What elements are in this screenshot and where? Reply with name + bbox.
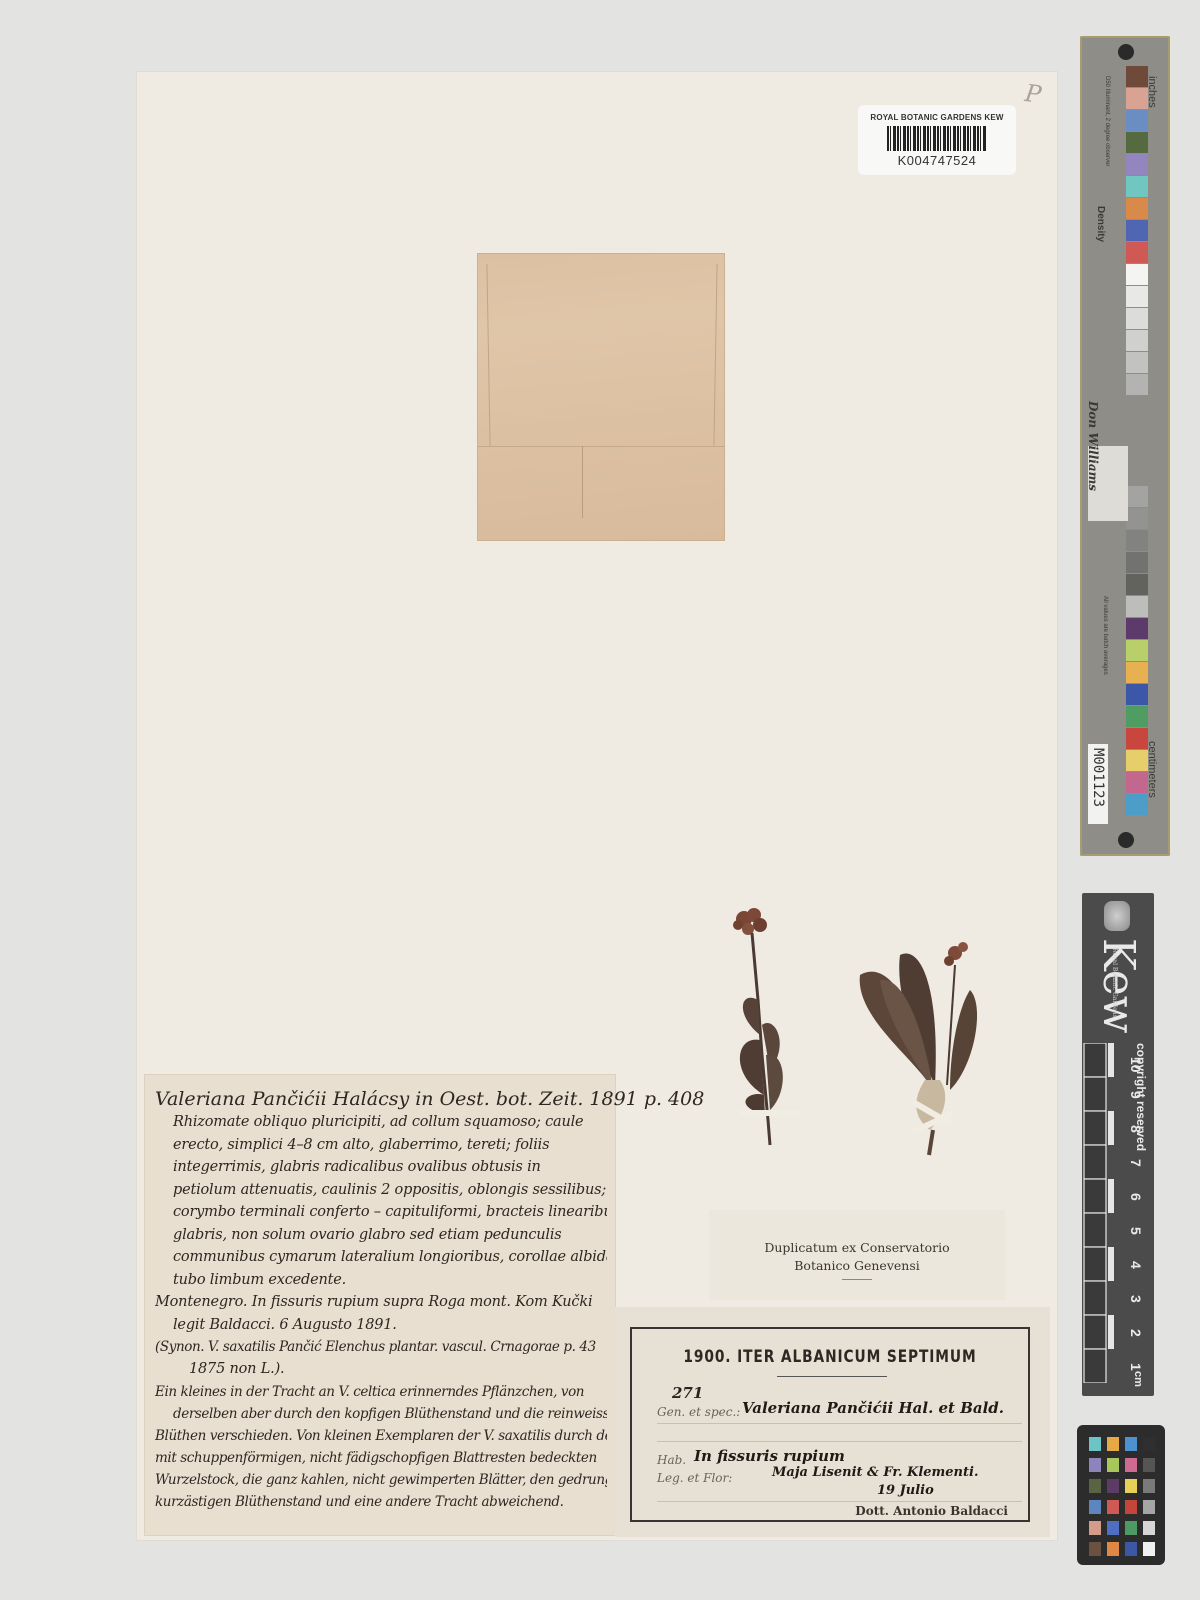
institution-name: ROYAL BOTANIC GARDENS KEW [858, 113, 1016, 122]
color-patch [1126, 176, 1148, 197]
color-patch [1126, 794, 1148, 815]
note-line: Ein kleines in der Tracht an V. celtica … [155, 1381, 607, 1403]
color-patch [1126, 728, 1148, 749]
color-patch [1126, 330, 1148, 351]
collection-label: 1900. ITER ALBANICUM SEPTIMUM 271 Gen. e… [615, 1307, 1050, 1537]
color-patch [1126, 88, 1148, 109]
color-swatch [1089, 1479, 1101, 1493]
duplicate-label-line: Botanico Genevensi [709, 1258, 1005, 1273]
taxon-title: Valeriana Pančićii Halácsy in Oest. bot.… [155, 1087, 607, 1111]
expedition-header: 1900. ITER ALBANICUM SEPTIMUM [652, 1347, 1008, 1367]
duplicate-label: Duplicatum ex Conservatorio Botanico Gen… [709, 1210, 1005, 1300]
handwritten-determination-label: Valeriana Pančićii Halácsy in Oest. bot.… [145, 1075, 615, 1535]
color-swatch [1089, 1458, 1101, 1472]
color-patch [1126, 154, 1148, 175]
synonym-line: 1875 non L.). [155, 1358, 607, 1381]
units-top: inches [1146, 76, 1158, 108]
ruler-number: 1 [1128, 1363, 1144, 1371]
color-patch [1126, 596, 1148, 617]
kew-scale-ruler: Kew Royal Botanic Gardens copyright rese… [1082, 893, 1154, 1396]
habitat-label: Hab. [657, 1453, 686, 1467]
footer-note: All values are batch averages [1102, 596, 1108, 675]
color-patch [1126, 264, 1148, 285]
divider [842, 1279, 872, 1280]
envelope-seam [582, 446, 583, 518]
density-label: Density [1095, 206, 1106, 242]
color-patch [1126, 640, 1148, 661]
color-swatch [1107, 1521, 1119, 1535]
color-swatch [1107, 1542, 1119, 1556]
color-patch [1126, 618, 1148, 639]
description-line: corymbo terminali conferto – capitulifor… [155, 1201, 607, 1224]
description-line: petiolum attenuatis, caulinis 2 oppositi… [155, 1179, 607, 1202]
standard-note: D50 Illuminant, 2 degree observer [1104, 76, 1110, 166]
color-swatch [1089, 1542, 1101, 1556]
locality-line: Montenegro. In fissuris rupium supra Rog… [155, 1291, 607, 1314]
description-line: Rhizomate obliquo pluricipiti, ad collum… [155, 1111, 607, 1134]
color-swatch [1107, 1437, 1119, 1451]
note-line: Wurzelstock, die ganz kahlen, nicht gewi… [155, 1469, 607, 1491]
ruler-number: 5 [1128, 1227, 1144, 1235]
note-line: derselben aber durch den kopfigen Blüthe… [155, 1403, 607, 1425]
collection-number: 271 [672, 1384, 703, 1402]
color-patch [1126, 308, 1148, 329]
color-checker-card [1077, 1425, 1165, 1565]
barcode-label: ROYAL BOTANIC GARDENS KEW K004747524 [858, 105, 1016, 175]
color-patch [1126, 66, 1148, 87]
color-swatch [1125, 1542, 1137, 1556]
color-swatch [1143, 1479, 1155, 1493]
color-patch [1126, 286, 1148, 307]
ruler-number: 6 [1128, 1193, 1144, 1201]
note-line: mit schuppenförmigen, nicht fädigschopfi… [155, 1447, 607, 1469]
description-line: erecto, simplici 4–8 cm alto, glaberrimo… [155, 1134, 607, 1157]
color-patch [1126, 750, 1148, 771]
mount-hole [1118, 832, 1134, 848]
color-patch [1126, 352, 1148, 373]
envelope-fold [478, 446, 724, 447]
description-line: glabris, non solum ovario glabro sed eti… [155, 1224, 607, 1247]
color-patch [1126, 374, 1148, 395]
unit-label: cm [1132, 1371, 1144, 1387]
color-swatch [1089, 1500, 1101, 1514]
duplicate-label-line: Duplicatum ex Conservatorio [709, 1240, 1005, 1255]
color-swatch [1125, 1521, 1137, 1535]
color-patch [1126, 220, 1148, 241]
bar-id: M001123 [1090, 748, 1106, 807]
color-swatch [1143, 1500, 1155, 1514]
locality-line: legit Baldacci. 6 Augusto 1891. [155, 1314, 607, 1337]
color-density-bar: inches D50 Illuminant, 2 degree observer… [1080, 36, 1170, 856]
color-swatch [1089, 1521, 1101, 1535]
color-patch [1126, 552, 1148, 573]
label-frame: 1900. ITER ALBANICUM SEPTIMUM 271 Gen. e… [630, 1327, 1030, 1522]
kew-logo: Kew [1093, 938, 1144, 1033]
color-swatch [1125, 1437, 1137, 1451]
color-swatch [1125, 1500, 1137, 1514]
description-line: communibus cymarum lateralium longioribu… [155, 1246, 607, 1269]
description-line: tubo limbum excedente. [155, 1269, 607, 1292]
mount-hole [1118, 44, 1134, 60]
collector-name: Dott. Antonio Baldacci [855, 1504, 1008, 1518]
habitat-value: In fissuris rupium [694, 1447, 845, 1465]
collection-date: 19 Julio [877, 1483, 934, 1498]
ruler-number: 10 [1128, 1057, 1144, 1073]
ruler-number: 9 [1128, 1091, 1144, 1099]
ruler-ticks [1082, 1043, 1126, 1383]
ruler-number: 8 [1128, 1125, 1144, 1133]
color-patch [1126, 508, 1148, 529]
ornament-divider [777, 1376, 887, 1377]
gen-spec-label: Gen. et spec.: [657, 1405, 740, 1419]
note-line: Blüthen verschieden. Von kleinen Exempla… [155, 1425, 607, 1447]
color-patch [1126, 662, 1148, 683]
bar-id-box: M001123 [1088, 744, 1108, 824]
legit-value: Maja Lisenit & Fr. Klementi. [772, 1465, 978, 1480]
color-swatch [1125, 1479, 1137, 1493]
ruler-number: 2 [1128, 1329, 1144, 1337]
color-patch [1126, 198, 1148, 219]
barcode-number: K004747524 [858, 153, 1016, 168]
kew-subtitle: Royal Botanic Gardens [1111, 948, 1118, 1018]
barcode-icon [887, 126, 987, 151]
color-patch [1126, 706, 1148, 727]
envelope-edge [713, 264, 717, 446]
color-patch [1126, 486, 1148, 507]
gen-spec-value: Valeriana Pančićii Hal. et Bald. [742, 1399, 1004, 1417]
description-line: integerrimis, glabris radicalibus ovalib… [155, 1156, 607, 1179]
color-swatch [1125, 1458, 1137, 1472]
units-bottom: centimeters [1146, 741, 1158, 798]
color-swatch [1107, 1500, 1119, 1514]
color-swatch [1143, 1521, 1155, 1535]
brand-name: Don Williams [1086, 401, 1100, 491]
rule-line [657, 1501, 1022, 1502]
color-patch [1126, 242, 1148, 263]
specimen-plant-left [730, 905, 820, 1150]
color-swatch [1143, 1542, 1155, 1556]
color-patch [1126, 132, 1148, 153]
specimen-plant-right [855, 935, 985, 1160]
color-swatch [1143, 1458, 1155, 1472]
color-patch [1126, 110, 1148, 131]
ruler-number: 3 [1128, 1295, 1144, 1303]
color-swatch [1089, 1437, 1101, 1451]
color-patch [1126, 574, 1148, 595]
rule-line [657, 1423, 1022, 1424]
color-swatch [1143, 1437, 1155, 1451]
ruler-number: 4 [1128, 1261, 1144, 1269]
color-patch [1126, 684, 1148, 705]
color-patch [1126, 530, 1148, 551]
legit-label: Leg. et Flor: [657, 1471, 732, 1485]
color-swatch [1107, 1479, 1119, 1493]
color-patch [1126, 772, 1148, 793]
ruler-number: 7 [1128, 1159, 1144, 1167]
fragment-envelope [478, 254, 724, 540]
royal-crest-icon [1104, 901, 1130, 931]
note-line: kurzästigen Blüthenstand und eine andere… [155, 1491, 607, 1513]
rule-line [657, 1441, 1022, 1442]
envelope-edge [486, 264, 490, 446]
synonym-line: (Synon. V. saxatilis Pančić Elenchus pla… [155, 1336, 607, 1358]
color-swatch [1107, 1458, 1119, 1472]
